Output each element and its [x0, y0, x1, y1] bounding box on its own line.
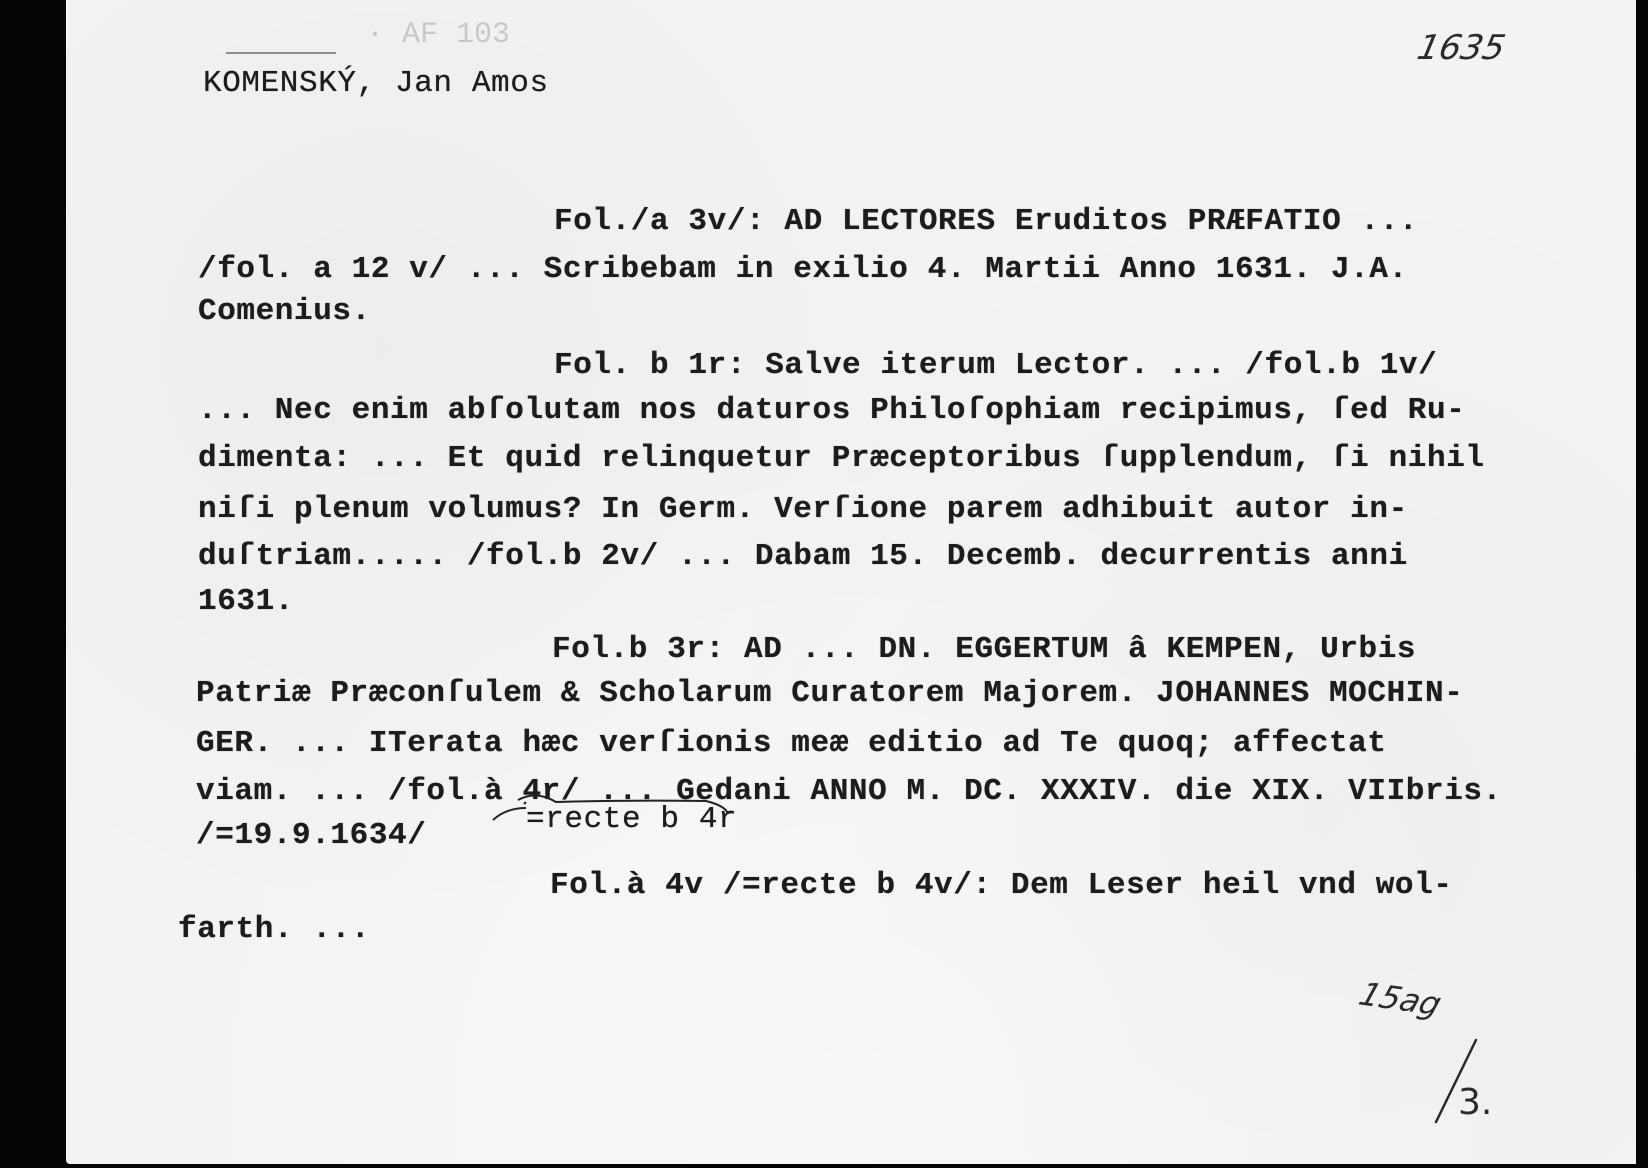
handwritten-call-number: 15ag — [1354, 975, 1446, 1023]
entry-line-11: Patriæ Præconſulem & Scholarum Curatorem… — [196, 678, 1463, 709]
entry-line-2: /fol. a 12 v/ ... Scribebam in exilio 4.… — [198, 254, 1408, 285]
entry-line-10: Fol.b 3r: AD ... DN. EGGERTUM â KEMPEN, … — [552, 634, 1416, 665]
handwritten-year: 1635 — [1414, 28, 1509, 68]
faint-header-text: · AF 103 — [366, 18, 510, 52]
entry-line-6: dimenta: ... Et quid relinquetur Præcept… — [198, 443, 1485, 474]
entry-line-16: farth. ... — [178, 914, 370, 945]
entry-line-9: 1631. — [198, 586, 294, 617]
handwritten-sheet-number: 3. — [1458, 1082, 1492, 1123]
entry-line-15: Fol.à 4v /=recte b 4v/: Dem Leser heil v… — [550, 870, 1453, 901]
entry-line-1: Fol./a 3v/: AD LECTORES Eruditos PRÆFATI… — [554, 206, 1418, 237]
entry-line-4: Fol. b 1r: Salve iterum Lector. ... /fol… — [554, 350, 1437, 381]
faint-rule — [226, 52, 336, 54]
entry-line-3: Comenius. — [198, 296, 371, 327]
entry-line-12: GER. ... ITerata hæc verſionis meæ editi… — [196, 728, 1387, 759]
entry-line-8: duſtriam..... /fol.b 2v/ ... Dabam 15. D… — [198, 541, 1408, 572]
entry-line-14: /=19.9.1634/ — [196, 820, 426, 851]
entry-line-13: viam. ... /fol.à 4r/ ... Gedani ANNO M. … — [196, 776, 1502, 807]
entry-line-7: niſi plenum volumus? In Germ. Verſione p… — [198, 494, 1408, 525]
entry-line-5: ... Nec enim abſolutam nos daturos Philo… — [198, 395, 1465, 426]
catalog-card: · AF 103 KOMENSKÝ, Jan Amos 1635 Fol./a … — [66, 0, 1636, 1164]
correction-note: =recte b 4r — [526, 804, 737, 835]
card-heading: KOMENSKÝ, Jan Amos — [203, 68, 549, 99]
